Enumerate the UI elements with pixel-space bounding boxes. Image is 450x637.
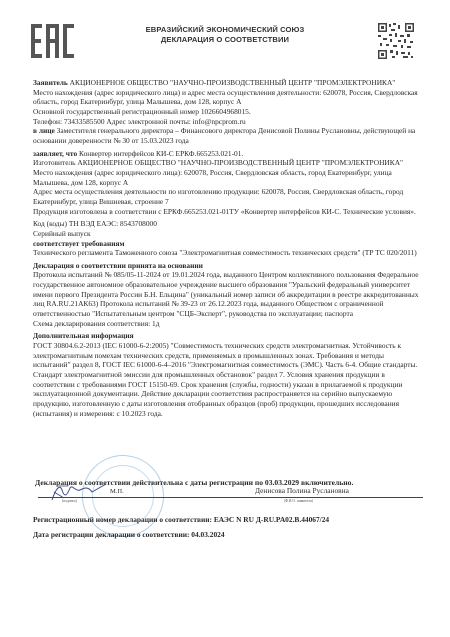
compliance-label: соответствует требованиям <box>33 239 423 249</box>
manufacturer-production-address: Адрес места осуществления деятельности п… <box>33 187 423 206</box>
applicant-name: АКЦИОНЕРНОЕ ОБЩЕСТВО "НАУЧНО-ПРОИЗВОДСТВ… <box>70 78 396 87</box>
applicant-contacts: Телефон: 73433585500 Адрес электронной п… <box>33 117 423 127</box>
additional-info-text: ГОСТ 30804.6.2-2013 (IEC 61000-6-2:2005)… <box>33 341 423 418</box>
eac-logo-icon <box>30 22 75 60</box>
basis-text: Протокола испытаний № 085/05-11-2024 от … <box>33 270 423 318</box>
declares-label: заявляет, что <box>33 149 77 158</box>
signatory-name: Денисова Полина Руслановна <box>255 486 349 495</box>
applicant-ogrn: Основной государственный регистрационный… <box>33 107 423 117</box>
header-union-title: ЕВРАЗИЙСКИЙ ЭКОНОМИЧЕСКИЙ СОЮЗ <box>100 25 350 35</box>
basis-label: Декларация о соответствии принята на осн… <box>33 261 423 271</box>
signature-line <box>38 497 423 498</box>
tn-ved-code: Код (коды) ТН ВЭД ЕАЭС: 8543708000 <box>33 219 423 229</box>
registration-number: Регистрационный номер декларации о соотв… <box>33 515 329 524</box>
compliance-text: Технического регламента Таможенного союз… <box>33 248 423 258</box>
declared-product: Конвертер интерфейсов КИ-С ЕРКФ.665253.0… <box>79 149 243 158</box>
manufacturer-address: Место нахождения (адрес юридического лиц… <box>33 168 423 187</box>
name-caption: (Ф.И.О. заявителя) <box>284 499 313 503</box>
declaration-body: Заявитель АКЦИОНЕРНОЕ ОБЩЕСТВО "НАУЧНО-П… <box>33 78 423 418</box>
additional-info-label: Дополнительная информация <box>33 331 423 341</box>
declaration-scheme: Схема декларирования соответствия: 1д <box>33 319 423 329</box>
applicant-block: Заявитель АКЦИОНЕРНОЕ ОБЩЕСТВО "НАУЧНО-П… <box>33 78 423 88</box>
applicant-address: Место нахождения (адрес юридического лиц… <box>33 88 423 107</box>
stamp-place-label: М.П. <box>110 488 124 495</box>
serial-release: Серийный выпуск <box>33 229 423 239</box>
header-declaration-title: ДЕКЛАРАЦИЯ О СООТВЕТСТВИИ <box>100 35 350 45</box>
applicant-representative: в лице Заместителя генерального директор… <box>33 126 423 145</box>
declares-block: заявляет, что Конвертер интерфейсов КИ-С… <box>33 149 423 159</box>
signature-icon <box>48 482 108 504</box>
manufacturer-name: Изготовитель АКЦИОНЕРНОЕ ОБЩЕСТВО "НАУЧН… <box>33 158 423 168</box>
signature-caption: (подпись) <box>62 499 77 503</box>
qr-code-icon <box>378 23 414 59</box>
manufacturer-spec: Продукция изготовлена в соответствии с Е… <box>33 207 423 217</box>
person-text: Заместителя генерального директора – Фин… <box>33 126 415 145</box>
person-label: в лице <box>33 126 55 135</box>
registration-date: Дата регистрации декларации о соответств… <box>33 530 225 539</box>
applicant-label: Заявитель <box>33 78 68 87</box>
document-header: ЕВРАЗИЙСКИЙ ЭКОНОМИЧЕСКИЙ СОЮЗ ДЕКЛАРАЦИ… <box>100 25 350 45</box>
